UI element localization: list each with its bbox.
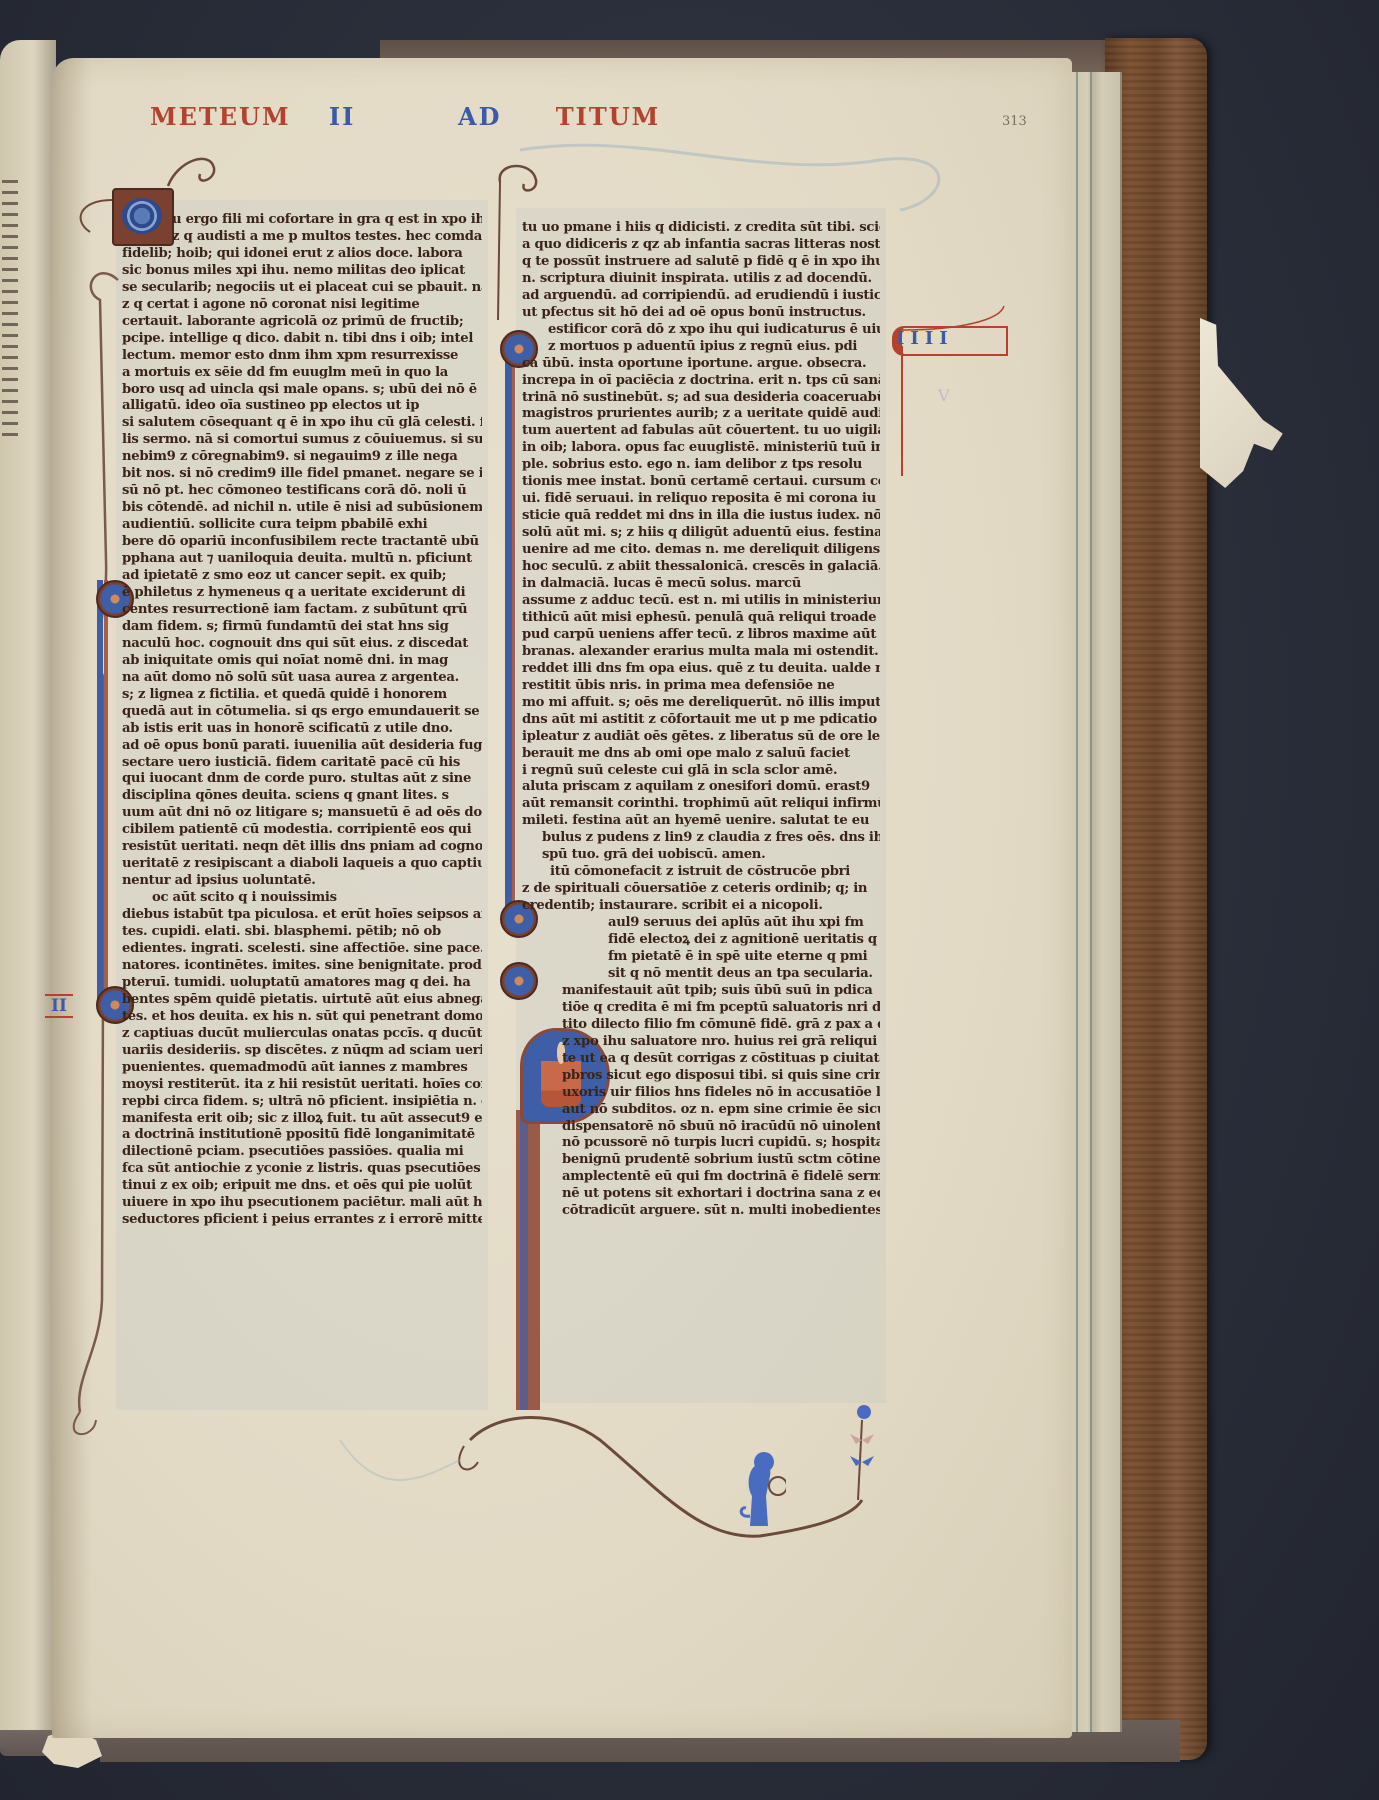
chapter-number: II xyxy=(45,994,73,1018)
rubric-guideline xyxy=(0,0,1379,1800)
guide-letter: V xyxy=(938,386,950,405)
chapter-number-rubric-left: II xyxy=(45,996,73,1016)
